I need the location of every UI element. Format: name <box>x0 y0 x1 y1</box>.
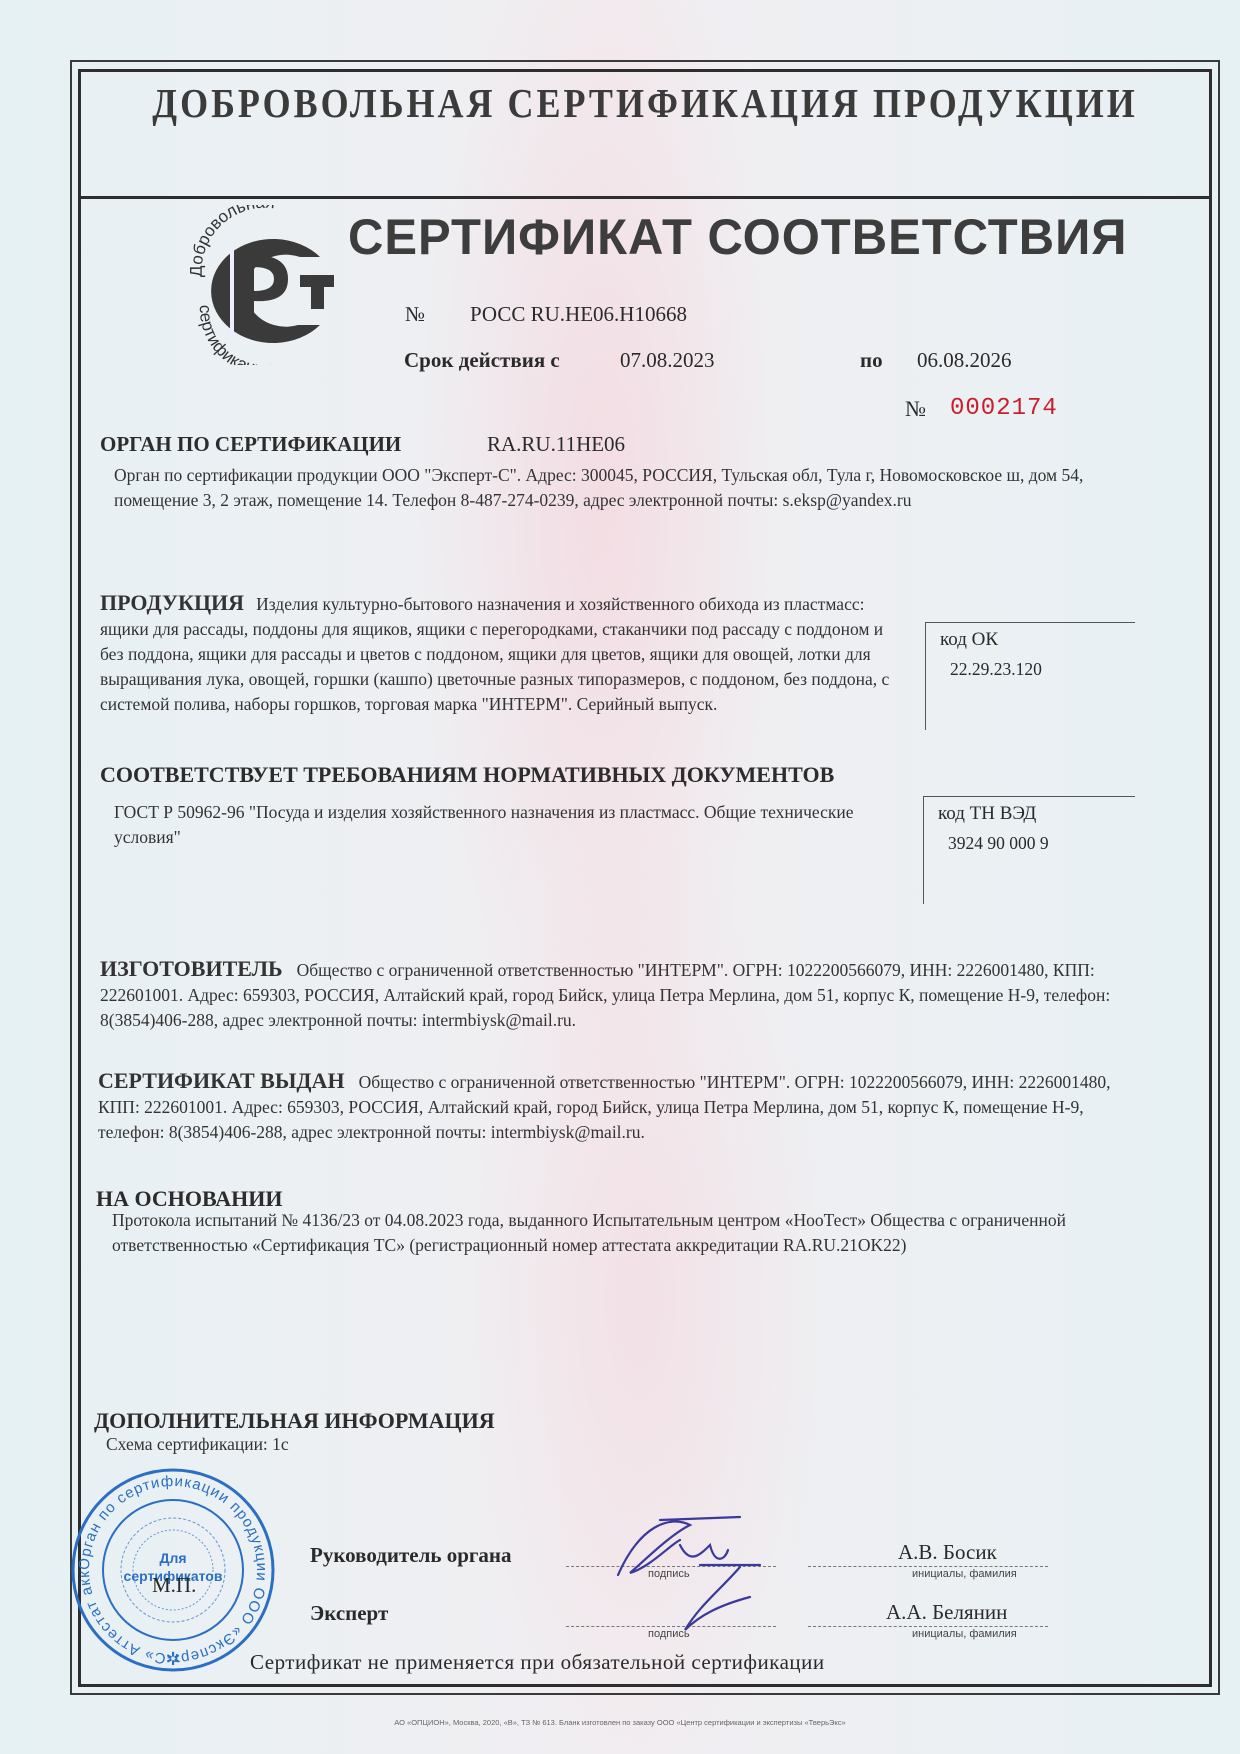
issued-to-section: СЕРТИФИКАТ ВЫДАНОбщество с ограниченной … <box>98 1068 1148 1145</box>
compliance-heading: СООТВЕТСТВУЕТ ТРЕБОВАНИЯМ НОРМАТИВНЫХ ДО… <box>100 762 834 788</box>
products-section: ПРОДУКЦИЯИзделия культурно-бытового назн… <box>100 590 910 717</box>
head-name-line <box>808 1566 1048 1567</box>
voluntary-certification-heading: ДОБРОВОЛЬНАЯ СЕРТИФИКАЦИЯ ПРОДУКЦИИ <box>78 79 1212 127</box>
ok-code-value: 22.29.23.120 <box>940 659 1135 680</box>
certification-body-details: Орган по сертификации продукции ООО "Экс… <box>114 463 1154 513</box>
tn-ved-code-box: код ТН ВЭД 3924 90 000 9 <box>923 796 1135 904</box>
valid-from-date: 07.08.2023 <box>620 348 715 373</box>
certification-body-code: RA.RU.11HE06 <box>487 432 625 457</box>
additional-info-heading: ДОПОЛНИТЕЛЬНАЯ ИНФОРМАЦИЯ <box>94 1408 495 1434</box>
tn-ved-code-label: код ТН ВЭД <box>938 803 1135 825</box>
certificate-number-label: № <box>405 302 425 327</box>
footer-note: Сертификат не применяется при обязательн… <box>250 1650 825 1675</box>
serial-number-label: № <box>905 396 926 422</box>
expert-name-line <box>808 1626 1048 1627</box>
products-heading: ПРОДУКЦИЯ <box>100 590 244 615</box>
svg-text:Для: Для <box>159 1550 186 1566</box>
svg-text:✲: ✲ <box>165 1649 180 1669</box>
ok-code-box: код ОК 22.29.23.120 <box>925 622 1135 730</box>
certification-scheme: Схема сертификации: 1с <box>106 1432 289 1457</box>
header-divider <box>78 196 1212 199</box>
compliance-standard: ГОСТ Р 50962-96 "Посуда и изделия хозяйс… <box>114 800 894 850</box>
expert-label: Эксперт <box>310 1601 388 1626</box>
ok-code-label: код ОК <box>940 629 1135 651</box>
seal-place-label: М.П. <box>152 1573 196 1598</box>
valid-to-label: по <box>860 348 883 373</box>
tn-ved-code-value: 3924 90 000 9 <box>938 833 1135 854</box>
rst-voluntary-certification-logo-icon: Добровольная сертификация <box>188 205 338 365</box>
certification-body-heading: ОРГАН ПО СЕРТИФИКАЦИИ <box>100 432 401 457</box>
head-name: А.В. Босик <box>898 1540 997 1565</box>
issued-to-heading: СЕРТИФИКАТ ВЫДАН <box>98 1068 345 1093</box>
head-name-caption: инициалы, фамилия <box>912 1568 1017 1580</box>
head-of-body-label: Руководитель органа <box>310 1543 512 1568</box>
handwritten-signature-icon <box>600 1505 770 1635</box>
round-seal-stamp-icon: Орган по сертификации продукции ООО «Экс… <box>68 1465 278 1675</box>
serial-number: 0002174 <box>950 395 1058 422</box>
validity-label: Срок действия с <box>404 348 560 373</box>
manufacturer-heading: ИЗГОТОВИТЕЛЬ <box>100 956 283 981</box>
valid-to-date: 06.08.2026 <box>917 348 1012 373</box>
certificate-number: РОСС RU.HE06.H10668 <box>470 302 687 327</box>
expert-name-caption: инициалы, фамилия <box>912 1628 1017 1640</box>
printer-imprint: АО «ОПЦИОН», Москва, 2020, «В», ТЗ № 613… <box>0 1718 1240 1727</box>
expert-name: А.А. Белянин <box>886 1600 1007 1625</box>
basis-details: Протокола испытаний № 4136/23 от 04.08.2… <box>112 1208 1142 1258</box>
manufacturer-section: ИЗГОТОВИТЕЛЬОбщество с ограниченной отве… <box>100 956 1130 1033</box>
certificate-title: СЕРТИФИКАТ СООТВЕТСТВИЯ <box>348 208 1127 266</box>
